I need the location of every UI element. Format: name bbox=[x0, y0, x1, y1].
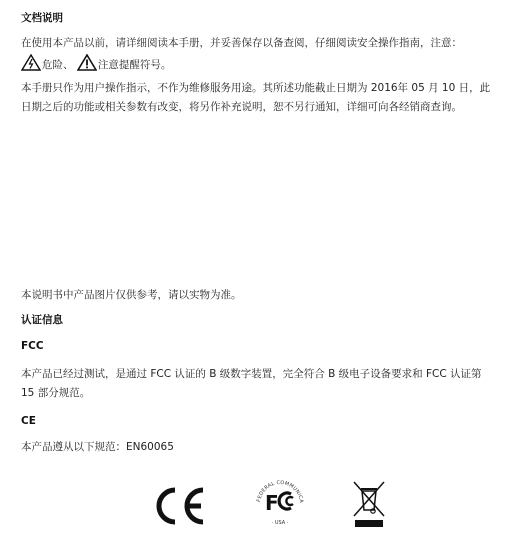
danger-label: 危险、 bbox=[42, 59, 74, 71]
cert-section-title: 认证信息 bbox=[21, 310, 63, 330]
weee-bin-icon bbox=[352, 480, 386, 530]
caution-label: 注意提醒符号。 bbox=[98, 59, 172, 71]
ce-mark-icon bbox=[153, 486, 208, 526]
fcc-text-line2: 15 部分规范。 bbox=[21, 383, 90, 403]
ce-text: 本产品遵从以下规范：EN60065 bbox=[21, 437, 174, 457]
image-disclaimer: 本说明书中产品图片仅供参考，请以实物为准。 bbox=[21, 285, 242, 305]
fcc-text-line1: 本产品已经过测试，是通过 FCC 认证的 B 级数字装置，完全符合 B 级电子设… bbox=[21, 364, 482, 384]
doc-section-title: 文档说明 bbox=[21, 8, 63, 28]
warning-symbols-line: 危险、 注意提醒符号。 bbox=[21, 54, 171, 75]
svg-text:· USA ·: · USA · bbox=[272, 520, 289, 526]
caution-icon bbox=[77, 54, 97, 71]
intro-text: 在使用本产品以前，请详细阅读本手册，并妥善保存以备查阅，仔细阅读安全操作指南，注… bbox=[21, 33, 462, 53]
danger-high-voltage-icon bbox=[21, 54, 41, 71]
fcc-logo-icon: FEDERAL COMMUNICATIONS COMMISSION · USA … bbox=[252, 474, 308, 528]
notice-text-line2: 日期之后的功能或相关参数有改变，将另作补充说明，恕不另行通知，详细可向各经销商查… bbox=[21, 97, 462, 117]
svg-text:F: F bbox=[265, 491, 279, 515]
notice-text-line1: 本手册只作为用户操作指示，不作为维修服务用途。其所述功能截止日期为 2016年 … bbox=[21, 78, 490, 98]
ce-title: CE bbox=[21, 411, 36, 431]
fcc-title: FCC bbox=[21, 336, 44, 356]
